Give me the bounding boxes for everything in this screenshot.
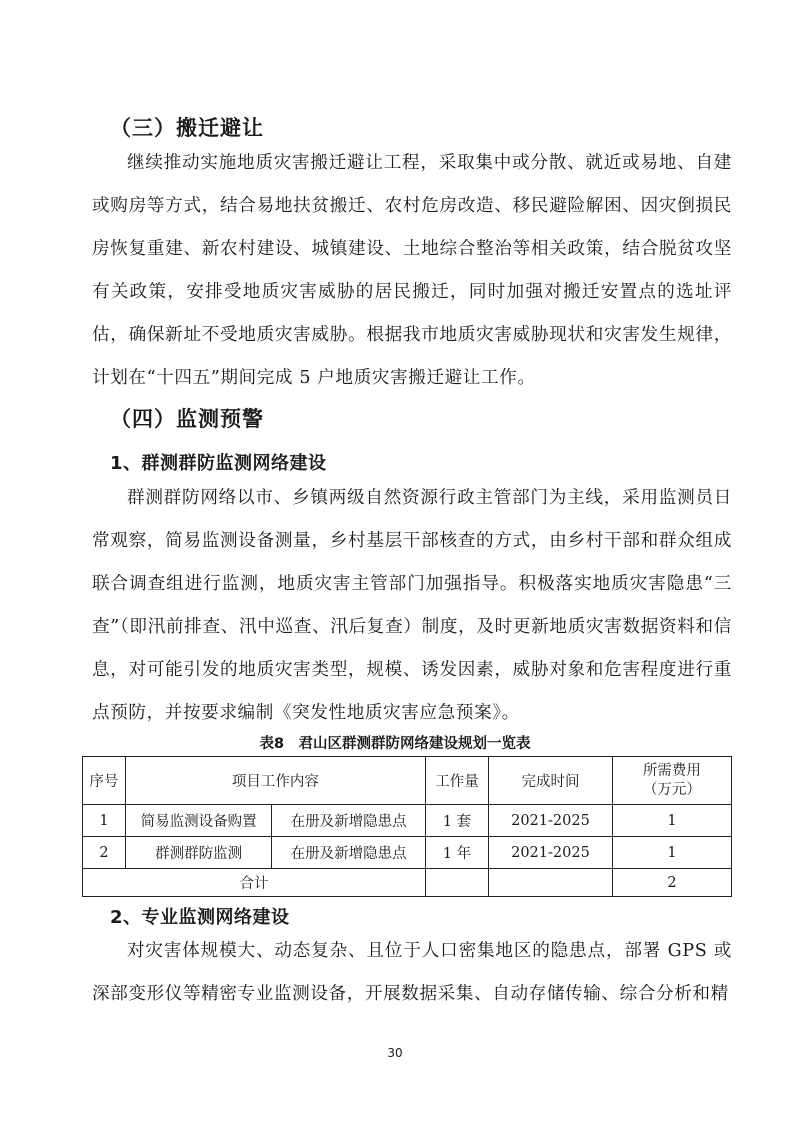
relocation-paragraph: 继续推动实施地质灾害搬迁避让工程，采取集中或分散、就近或易地、自建或购房等方式，… [92,142,732,400]
cell-amount: 1 年 [425,837,488,869]
cell-scope: 在册及新增隐患点 [272,805,426,837]
header-fee-line1: 所需费用 [613,762,731,781]
section-heading-monitoring: （四）监测预警 [110,403,264,433]
header-no: 序号 [83,757,126,805]
section-heading-relocation: （三）搬迁避让 [110,112,264,142]
subheading-professional-monitoring: 2、专业监测网络建设 [110,903,290,929]
cell-scope: 在册及新增隐患点 [272,837,426,869]
cell-time: 2021-2025 [489,805,613,837]
cell-time: 2021-2025 [489,837,613,869]
table-row: 2 群测群防监测 在册及新增隐患点 1 年 2021-2025 1 [83,837,732,869]
page-number: 30 [0,1046,790,1060]
plan-table: 序号 项目工作内容 工作量 完成时间 所需费用 （万元） 1 简易监测设备购置 … [82,756,732,897]
total-amount [425,869,488,897]
header-fee-line2: （万元） [613,781,731,800]
cell-amount: 1 套 [425,805,488,837]
total-fee: 2 [612,869,731,897]
cell-no: 1 [83,805,126,837]
total-label: 合计 [83,869,426,897]
cell-fee: 1 [612,837,731,869]
professional-monitoring-paragraph: 对灾害体规模大、动态复杂、且位于人口密集地区的隐患点，部署 GPS 或深部变形仪… [92,930,732,1016]
table-total-row: 合计 2 [83,869,732,897]
group-monitoring-paragraph: 群测群防网络以市、乡镇两级自然资源行政主管部门为主线，采用监测员日常观察，简易监… [92,477,732,735]
header-fee: 所需费用 （万元） [612,757,731,805]
cell-item: 群测群防监测 [125,837,271,869]
subheading-group-monitoring: 1、群测群防监测网络建设 [110,449,327,475]
cell-item: 简易监测设备购置 [125,805,271,837]
cell-fee: 1 [612,805,731,837]
table-caption: 表8 君山区群测群防网络建设规划一览表 [0,732,790,753]
table-header-row: 序号 项目工作内容 工作量 完成时间 所需费用 （万元） [83,757,732,805]
cell-no: 2 [83,837,126,869]
total-time [489,869,613,897]
table-row: 1 简易监测设备购置 在册及新增隐患点 1 套 2021-2025 1 [83,805,732,837]
header-content: 项目工作内容 [125,757,425,805]
header-time: 完成时间 [489,757,613,805]
document-page: （三）搬迁避让 继续推动实施地质灾害搬迁避让工程，采取集中或分散、就近或易地、自… [0,0,790,1121]
header-amount: 工作量 [425,757,488,805]
